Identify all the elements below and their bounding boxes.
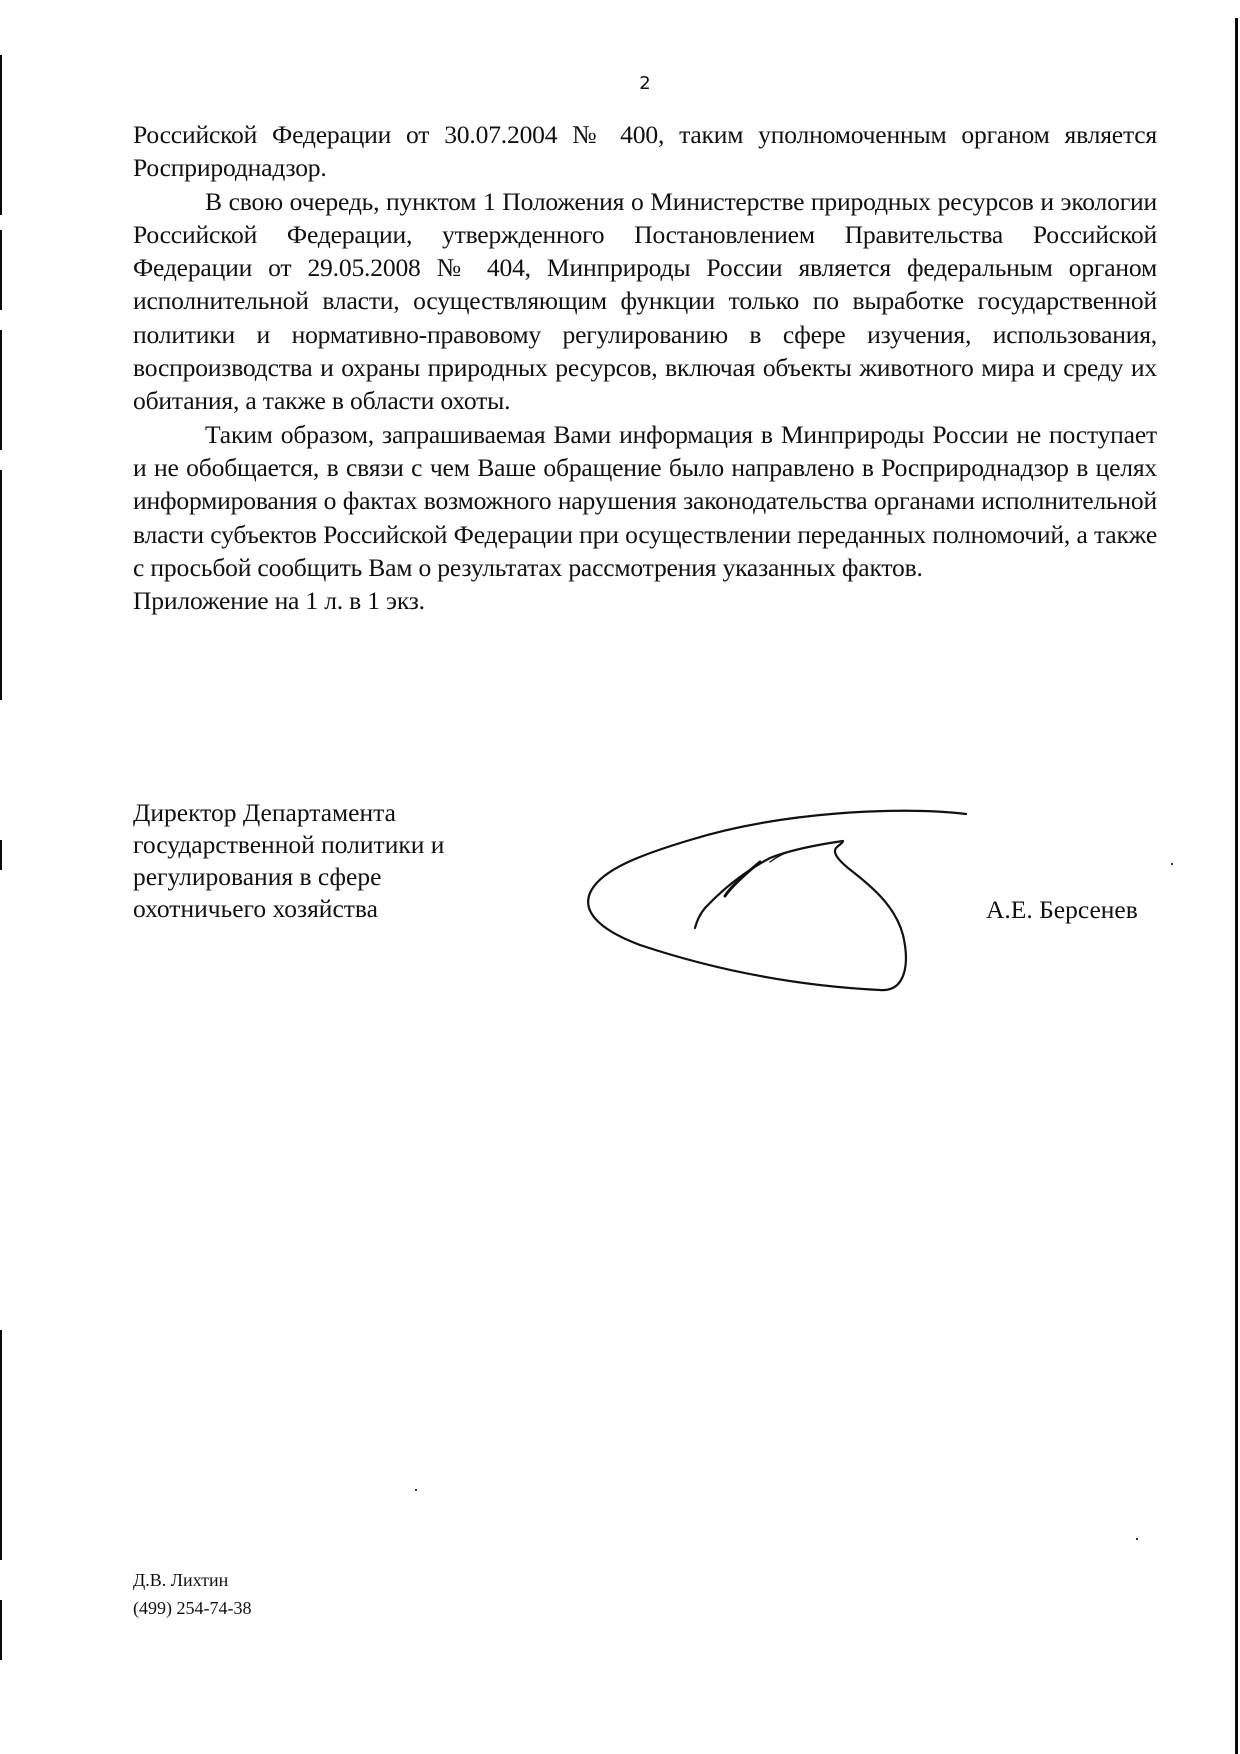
scan-border-left [0, 1600, 2, 1660]
letter-body: Российской Федерации от 30.07.2004 № 400… [133, 118, 1157, 617]
scan-border-left [0, 1330, 2, 1560]
signatory-title-line: государственной политики и [133, 829, 444, 861]
attachment-note: Приложение на 1 л. в 1 экз. [133, 584, 1157, 617]
signatory-title: Директор Департамента государственной по… [133, 797, 444, 925]
executor-phone: (499) 254-74-38 [133, 1594, 251, 1622]
scan-border-left [0, 840, 2, 870]
scan-border-left [0, 330, 2, 450]
scan-speck [1136, 1538, 1138, 1540]
paragraph: В свою очередь, пунктом 1 Положения о Ми… [133, 185, 1157, 418]
executor-info: Д.В. Лихтин (499) 254-74-38 [133, 1566, 251, 1622]
signatory-name: А.Е. Берсенев [986, 895, 1138, 925]
signatory-title-line: охотничьего хозяйства [133, 893, 444, 925]
paragraph: Таким образом, запрашиваемая Вами информ… [133, 418, 1157, 584]
paragraph: Российской Федерации от 30.07.2004 № 400… [133, 118, 1157, 185]
scan-border-left [0, 470, 2, 700]
signatory-title-line: регулирования в сфере [133, 861, 444, 893]
signatory-title-line: Директор Департамента [133, 797, 444, 829]
scan-speck [1171, 863, 1173, 865]
scan-border-right [1235, 18, 1238, 1754]
scan-speck [415, 1489, 417, 1491]
scan-border-left [0, 230, 2, 310]
page-number: 2 [0, 73, 1240, 94]
executor-name: Д.В. Лихтин [133, 1566, 251, 1594]
